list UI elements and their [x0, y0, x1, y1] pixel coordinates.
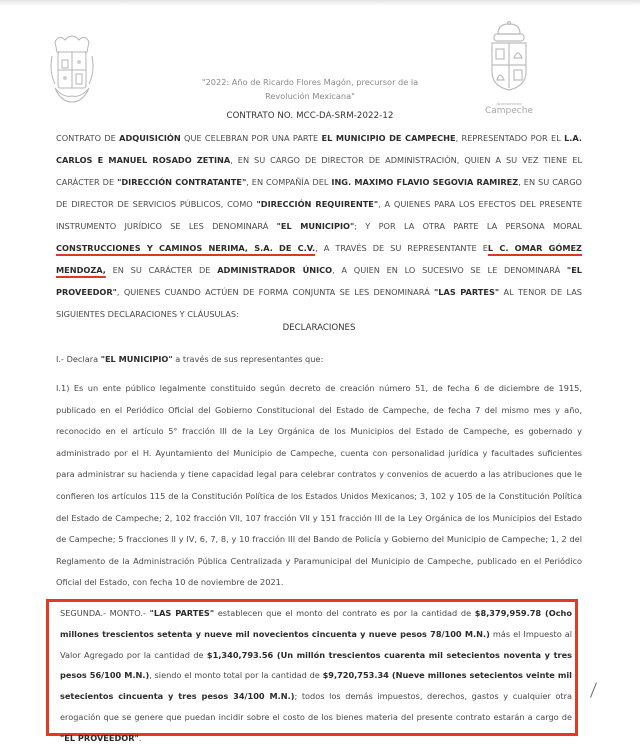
year-motto: "2022: Año de Ricardo Flores Magón, prec…	[160, 75, 460, 103]
bold-text: "EL MUNICIPIO"	[277, 221, 355, 231]
bold-text: "EL PROVEEDOR"	[60, 733, 139, 743]
declaration-intro: I.- Declara "EL MUNICIPIO" a través de s…	[56, 348, 582, 370]
text: , QUIENES CUANDO ACTÚEN DE FORMA CONJUNT…	[117, 287, 434, 297]
coat-of-arms-icon	[49, 32, 95, 104]
director-name: ING. MAXIMO FLAVIO SEGOVIA RAMIREZ	[331, 177, 518, 187]
party-municipio: EL MUNICIPIO DE CAMPECHE	[321, 133, 455, 143]
text: , siendo el monto total por la cantidad …	[149, 670, 322, 680]
campeche-shield-icon	[484, 20, 534, 104]
text: SEGUNDA.- MONTO.-	[60, 608, 150, 618]
section-heading-declaraciones: DECLARACIONES	[56, 323, 582, 333]
text: a través de sus representantes que:	[173, 354, 324, 364]
bold-text: ADMINISTRADOR ÚNICO	[217, 265, 332, 275]
text: establecen que el monto del contrato es …	[214, 608, 475, 618]
motto-line-2: Revolución Mexicana"	[160, 89, 460, 103]
text: .	[139, 733, 142, 743]
text: ; Y POR LA OTRA PARTE LA PERSONA MORAL	[354, 221, 582, 231]
bold-text: ADQUISICIÓN	[119, 133, 181, 143]
bold-text: "LAS PARTES"	[434, 287, 499, 297]
bold-text: "DIRECCIÓN REQUIRENTE"	[257, 199, 379, 209]
text: , REPRESENTADO POR EL	[456, 133, 564, 143]
contract-number: CONTRATO NO. MCC-DA-SRM-2022-12	[160, 111, 460, 121]
text: EN SU CARÁCTER DE	[106, 265, 217, 275]
bold-text: "EL MUNICIPIO"	[101, 354, 173, 364]
supplier-company-underlined: CONSTRUCCIONES Y CAMINOS NERIMA, S.A. DE…	[56, 243, 315, 253]
bold-text: "DIRECCIÓN CONTRATANTE"	[117, 177, 246, 187]
clause-segunda-monto: SEGUNDA.- MONTO.- "LAS PARTES" establece…	[60, 603, 572, 749]
bold-text: "LAS PARTES"	[150, 608, 214, 618]
text: CONTRATO DE	[56, 133, 119, 143]
text: QUE CELEBRAN POR UNA PARTE	[181, 133, 322, 143]
declaration-item-1-1: I.1) Es un ente público legalmente const…	[56, 378, 582, 594]
motto-line-1: "2022: Año de Ricardo Flores Magón, prec…	[160, 75, 460, 89]
text: , EN COMPAÑÍA DEL	[246, 177, 331, 187]
pen-mark	[590, 682, 597, 697]
text: , A QUIEN EN LO SUCESIVO SE LE DENOMINAR…	[332, 265, 567, 275]
logo-wordmark: Campeche	[474, 106, 544, 116]
text: , A TRAVÉS DE SU REPRESENTANTE E	[315, 243, 488, 253]
text: I.- Declara	[56, 354, 101, 364]
intro-paragraph: CONTRATO DE ADQUISICIÓN QUE CELEBRAN POR…	[56, 127, 582, 325]
page-top-edge	[0, 0, 640, 6]
